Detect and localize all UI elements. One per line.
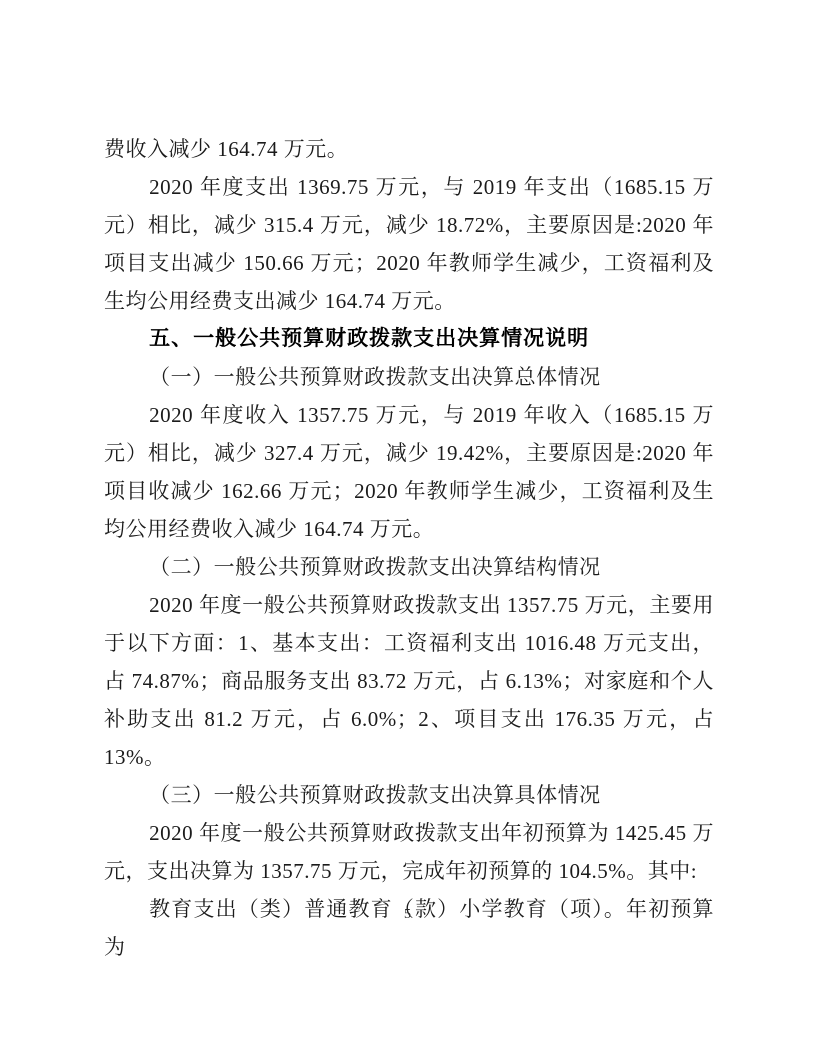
paragraph: 2020 年度收入 1357.75 万元，与 2019 年收入（1685.15 … xyxy=(104,396,714,548)
document-page: 费收入减少 164.74 万元。 2020 年度支出 1369.75 万元，与 … xyxy=(0,0,815,1055)
paragraph: 教育支出（类）普通教育（款）小学教育（项）。年初预算为 xyxy=(104,890,714,966)
subsection-heading-3: （三）一般公共预算财政拨款支出决算具体情况 xyxy=(104,776,714,814)
subsection-heading-2: （二）一般公共预算财政拨款支出决算结构情况 xyxy=(104,548,714,586)
paragraph: 2020 年度一般公共预算财政拨款支出年初预算为 1425.45 万元，支出决算… xyxy=(104,814,714,890)
document-body: 费收入减少 164.74 万元。 2020 年度支出 1369.75 万元，与 … xyxy=(104,130,714,966)
paragraph: 2020 年度支出 1369.75 万元，与 2019 年支出（1685.15 … xyxy=(104,168,714,320)
subsection-heading-1: （一）一般公共预算财政拨款支出决算总体情况 xyxy=(104,358,714,396)
paragraph-continuation: 费收入减少 164.74 万元。 xyxy=(104,130,714,168)
page-number: 5 xyxy=(0,905,815,925)
paragraph: 2020 年度一般公共预算财政拨款支出 1357.75 万元，主要用于以下方面：… xyxy=(104,586,714,776)
section-heading: 五、一般公共预算财政拨款支出决算情况说明 xyxy=(104,320,714,358)
